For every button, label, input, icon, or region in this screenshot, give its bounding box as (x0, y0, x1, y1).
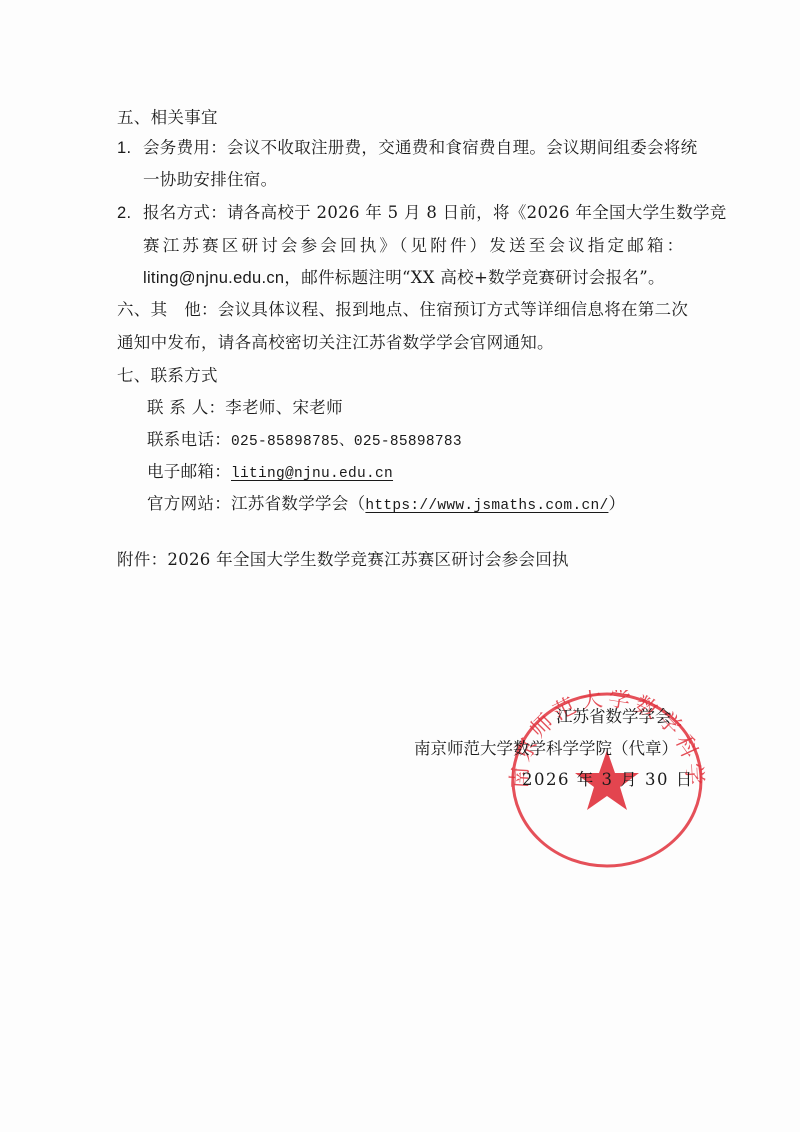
document-page: 五、相关事宜 1.会务费用：会议不收取注册费，交通费和食宿费自理。会议期间组委会… (0, 0, 800, 1132)
contact-phone-value: 025-85898785、025-85898783 (231, 434, 462, 450)
contact-email-label: 电子邮箱： (147, 462, 231, 481)
item-1-line-2: 一协助安排住宿。 (143, 170, 277, 190)
section-6-line-1: 六、其 他：会议具体议程、报到地点、住宿预订方式等详细信息将在第二次 (117, 300, 688, 320)
item-2-email[interactable]: liting@njnu.edu.cn (143, 269, 284, 287)
section-5-heading: 五、相关事宜 (117, 108, 218, 128)
contact-phone-label: 联系电话： (147, 430, 231, 449)
attachment-line: 附件：2026 年全国大学生数学竞赛江苏赛区研讨会参会回执 (117, 550, 569, 570)
section-7-heading: 七、联系方式 (117, 366, 218, 386)
contact-website: 官方网站：江苏省数学学会（https://www.jsmaths.com.cn/… (147, 494, 625, 516)
signature-org-1: 江苏省数学学会 (556, 707, 672, 727)
contact-phone: 联系电话：025-85898785、025-85898783 (147, 430, 462, 452)
contact-person-label: 联 系 人： (147, 398, 225, 417)
signature-date: 2026 年 3 月 30 日 (522, 770, 694, 790)
contact-website-label: 官方网站： (147, 494, 231, 513)
contact-person: 联 系 人：李老师、宋老师 (147, 398, 343, 418)
item-1-line-1: 1.会务费用：会议不收取注册费，交通费和食宿费自理。会议期间组委会将统 (117, 138, 697, 158)
item-1-label: 会务费用： (143, 138, 227, 157)
contact-person-value: 李老师、宋老师 (225, 398, 343, 417)
item-2-label: 报名方式： (143, 203, 227, 222)
contact-website-link[interactable]: https://www.jsmaths.com.cn/ (365, 498, 608, 514)
item-2-line-2: 赛江苏赛区研讨会参会回执》（见附件）发送至会议指定邮箱： (143, 236, 686, 256)
section-6-text: 会议具体议程、报到地点、住宿预订方式等详细信息将在第二次 (218, 300, 688, 319)
section-6-heading: 六、其 他： (117, 300, 218, 319)
item-2-text-rest: ，邮件标题注明“XX 高校+数学竞赛研讨会报名”。 (284, 268, 664, 287)
contact-website-prefix: 江苏省数学学会（ (231, 494, 365, 513)
contact-email: 电子邮箱：liting@njnu.edu.cn (147, 462, 393, 484)
item-1-text: 会议不收取注册费，交通费和食宿费自理。会议期间组委会将统 (227, 138, 697, 157)
contact-email-link[interactable]: liting@njnu.edu.cn (231, 466, 393, 482)
item-1-number: 1. (117, 138, 143, 158)
contact-website-suffix: ） (608, 494, 625, 513)
attachment-text: 2026 年全国大学生数学竞赛江苏赛区研讨会参会回执 (167, 550, 569, 569)
item-2-text: 请各高校于 2026 年 5 月 8 日前，将《2026 年全国大学生数学竞 (227, 203, 727, 222)
attachment-label: 附件： (117, 550, 167, 569)
signature-org-2: 南京师范大学数学科学学院（代章） (414, 739, 678, 759)
item-2-number: 2. (117, 203, 143, 223)
item-2-line-1: 2.报名方式：请各高校于 2026 年 5 月 8 日前，将《2026 年全国大… (117, 203, 727, 223)
item-2-line-3: liting@njnu.edu.cn，邮件标题注明“XX 高校+数学竞赛研讨会报… (143, 268, 665, 288)
section-6-line-2: 通知中发布，请各高校密切关注江苏省数学学会官网通知。 (117, 333, 554, 353)
